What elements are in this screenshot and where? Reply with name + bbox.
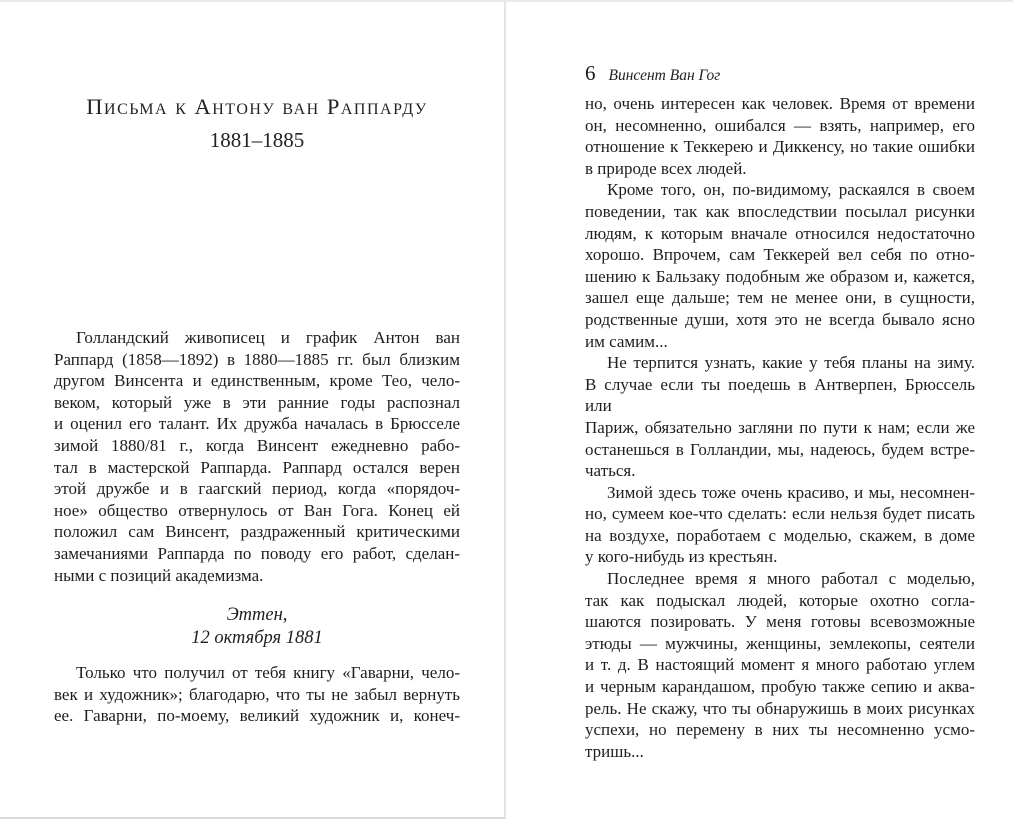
text-line: тришь... bbox=[585, 741, 975, 763]
paragraph: Последнее время я много работал с модель… bbox=[585, 568, 975, 762]
text-line: но, сумеем кое-что сделать: если нельзя … bbox=[585, 503, 975, 525]
page-number: 6 bbox=[585, 61, 596, 85]
text-line: он, несомненно, ошибался — взять, наприм… bbox=[585, 115, 975, 137]
paragraph: Кроме того, он, по-видимому, раскаялся в… bbox=[585, 179, 975, 352]
text-line: и т. д. В настоящий момент я много работ… bbox=[585, 654, 975, 676]
text-line: чаться. bbox=[585, 460, 975, 482]
text-line: на воздухе, поработаем с моделью, скажем… bbox=[585, 525, 975, 547]
page-right: 6Винсент Ван Гог но, очень интересен как… bbox=[506, 2, 1013, 822]
text-line: Не терпится узнать, какие у тебя планы н… bbox=[585, 352, 975, 374]
text-line: людям, к которым вначале относился недос… bbox=[585, 223, 975, 245]
text-line: ее. Гаварни, по-моему, великий художник … bbox=[54, 705, 460, 727]
chapter-title: Письма к Антону ван Раппарду bbox=[54, 94, 460, 120]
text-line: Зимой здесь тоже очень красиво, и мы, не… bbox=[585, 482, 975, 504]
chapter-title-block: Письма к Антону ван Раппарду 1881–1885 bbox=[54, 94, 460, 153]
text-line: Голландский живописец и график Антон ван bbox=[54, 327, 460, 349]
text-line: веком, который уже в эти ранние годы рас… bbox=[54, 392, 460, 414]
text-line: зашел еще дальше; тем не менее они, в су… bbox=[585, 287, 975, 309]
text-line: родственные души, хотя это не всегда быв… bbox=[585, 309, 975, 331]
book-spread: Письма к Антону ван Раппарду 1881–1885 Г… bbox=[0, 0, 1013, 822]
running-header: 6Винсент Ван Гог bbox=[585, 61, 975, 86]
letter-dateline: Эттен, 12 октября 1881 bbox=[54, 604, 460, 650]
text-line: век и художник»; благодарю, что ты не за… bbox=[54, 684, 460, 706]
text-line: зимой 1880/81 г., когда Винсент ежедневн… bbox=[54, 435, 460, 457]
dateline-date: 12 октября 1881 bbox=[54, 627, 460, 650]
text-line: этюды — мужчины, женщины, землекопы, сея… bbox=[585, 633, 975, 655]
text-line: шаются позировать. У меня готовы всевозм… bbox=[585, 611, 975, 633]
running-title: Винсент Ван Гог bbox=[609, 67, 721, 84]
text-line: у кого-нибудь из крестьян. bbox=[585, 546, 975, 568]
text-line: хорошо. Впрочем, сам Теккерей вел себя п… bbox=[585, 244, 975, 266]
text-line: положил сам Винсент, раздраженный критич… bbox=[54, 521, 460, 543]
paragraph: но, очень интересен как человек. Время о… bbox=[585, 93, 975, 179]
text-line: поведении, так как впоследствии посылал … bbox=[585, 201, 975, 223]
text-line: Кроме того, он, по-видимому, раскаялся в… bbox=[585, 179, 975, 201]
text-line: и оценил его талант. Их дружба началась … bbox=[54, 413, 460, 435]
paragraph: Зимой здесь тоже очень красиво, и мы, не… bbox=[585, 482, 975, 568]
text-line: тал в мастерской Раппарда. Раппард остал… bbox=[54, 457, 460, 479]
text-line: замечаниями Раппарда по поводу его работ… bbox=[54, 543, 460, 565]
text-line: останешься в Голландии, мы, надеюсь, буд… bbox=[585, 439, 975, 461]
text-line: Раппард (1858—1892) в 1880—1885 гг. был … bbox=[54, 349, 460, 371]
text-line: В случае если ты поедешь в Антверпен, Бр… bbox=[585, 374, 975, 417]
text-line: в природе всех людей. bbox=[585, 158, 975, 180]
editorial-intro-paragraph: Голландский живописец и график Антон ван… bbox=[54, 327, 460, 586]
chapter-subtitle: 1881–1885 bbox=[54, 127, 460, 153]
text-line: так как подыскал людей, которые охотно с… bbox=[585, 590, 975, 612]
text-line: Только что получил от тебя книгу «Гаварн… bbox=[54, 662, 460, 684]
letter-first-paragraph: Только что получил от тебя книгу «Гаварн… bbox=[54, 662, 460, 727]
page-left: Письма к Антону ван Раппарду 1881–1885 Г… bbox=[0, 2, 506, 819]
text-line: ными с позиций академизма. bbox=[54, 565, 460, 587]
paragraph: Не терпится узнать, какие у тебя планы н… bbox=[585, 352, 975, 482]
text-line: но, очень интересен как человек. Время о… bbox=[585, 93, 975, 115]
text-line: Париж, обязательно загляни по пути к нам… bbox=[585, 417, 975, 439]
text-line: отношение к Теккерею и Диккенсу, но таки… bbox=[585, 136, 975, 158]
text-line: успехи, но перемену в них ты несомненно … bbox=[585, 719, 975, 741]
dateline-place: Эттен, bbox=[54, 604, 460, 627]
text-line: ное» общество отвернулось от Ван Гога. К… bbox=[54, 500, 460, 522]
text-line: рель. Не скажу, что ты обнаружишь в моих… bbox=[585, 698, 975, 720]
text-line: другом Винсента и единственным, кроме Те… bbox=[54, 370, 460, 392]
text-line: Последнее время я много работал с модель… bbox=[585, 568, 975, 590]
text-line: и черным карандашом, пробую также сепию … bbox=[585, 676, 975, 698]
text-line: этой дружбе и в гаагский период, когда «… bbox=[54, 478, 460, 500]
text-line: им самим... bbox=[585, 331, 975, 353]
text-line: шению к Бальзаку подобным же образом и, … bbox=[585, 266, 975, 288]
page-body-text: но, очень интересен как человек. Время о… bbox=[585, 93, 975, 762]
